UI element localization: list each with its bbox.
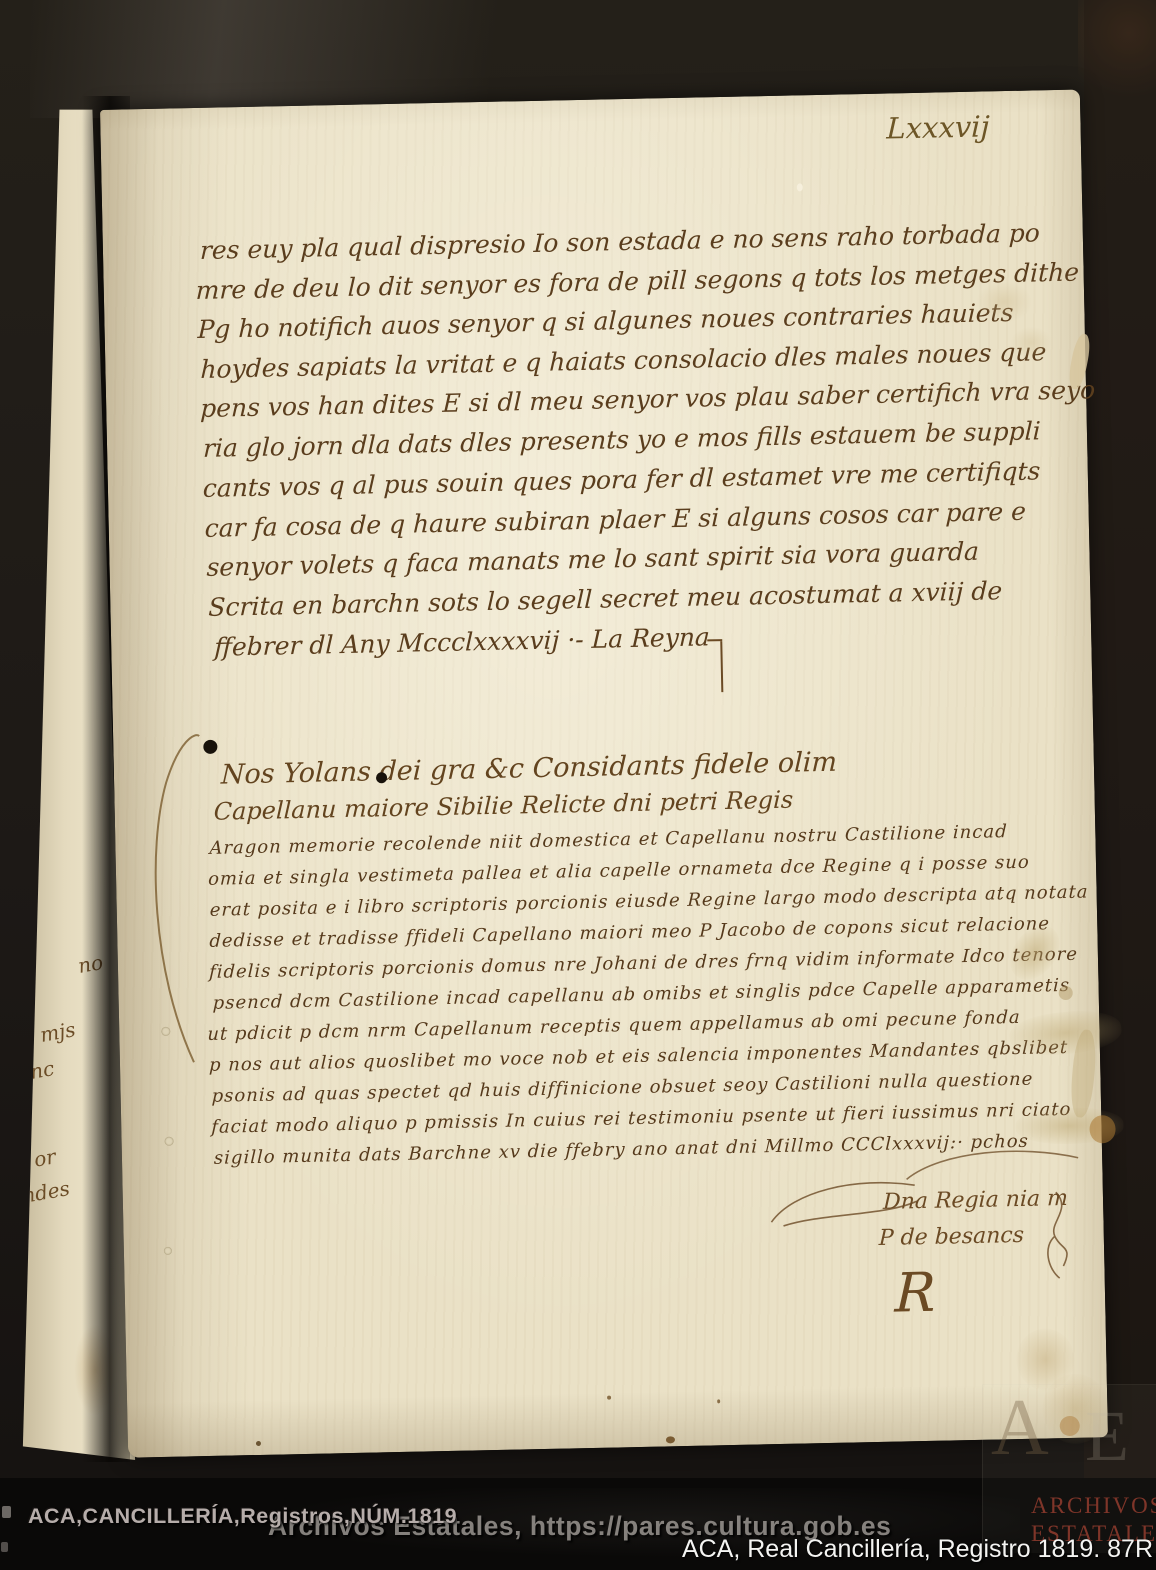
manuscript-line: res euy pla qual dispresio Io son estada…: [200, 218, 1041, 265]
manuscript-line: car fa cosa de q haure subiran plaer E s…: [204, 497, 1026, 543]
paper-speck: [256, 1441, 261, 1446]
edge-artifact: [1, 1542, 8, 1552]
manuscript-line: Scrita en barchn sots lo segell secret m…: [208, 576, 1003, 622]
signature-line: P de besancs: [878, 1223, 1024, 1251]
image-caption: ACA, Real Cancillería, Registro 1819. 87…: [682, 1535, 1153, 1564]
archive-reference-overlay: ACA,CANCILLERÍA,Registros,NÚM.1819: [28, 1504, 457, 1529]
manuscript-heading-line: Nos Yolans dei gra &c Considants fidele …: [220, 747, 837, 791]
paper-speck: [717, 1399, 720, 1403]
signature-flourish: [902, 1142, 1083, 1186]
stain: [1059, 986, 1073, 1000]
line-end-flourish: [705, 637, 728, 695]
manuscript-line: ffebrer dl Any Mccclxxxxvij ·- La Reyna: [214, 622, 710, 661]
manuscript-page: Lxxxvij res euy pla qual dispresio Io so…: [100, 89, 1108, 1457]
paper-speck: [797, 183, 803, 191]
manuscript-line: omia et singla vestimeta pallea et alia …: [208, 852, 1030, 890]
stain: [976, 281, 1033, 324]
logo-letter-e: E: [1085, 1395, 1129, 1478]
logo-letter-a: A: [991, 1383, 1049, 1474]
archivos-estatales-logo-watermark: A E ARCHIVOS ESTATALES: [982, 1384, 1156, 1553]
manuscript-line: mre de deu lo dit senyor es fora de pill…: [195, 258, 1079, 306]
manuscript-line: hoydes sapiats la vritat e q haiats cons…: [200, 337, 1047, 384]
logo-word-archivos: ARCHIVOS: [1031, 1493, 1156, 1519]
edge-artifact: [2, 1506, 11, 1518]
manuscript-line: cants vos q al pus souin ques pora fer d…: [202, 456, 1040, 503]
folio-number: Lxxxvij: [886, 109, 990, 145]
facing-page-text-fragment: ndes: [20, 1176, 71, 1208]
manuscript-line: senyor volets q faca manats me lo sant s…: [206, 537, 979, 582]
binding-hole: [165, 1137, 174, 1146]
ink-blot: [203, 740, 217, 754]
facing-page-text-fragment: or: [32, 1144, 57, 1171]
royal-paraph-mark: R: [894, 1261, 937, 1325]
manuscript-heading-line: Capellanu maiore Sibilie Relicte dni pet…: [213, 786, 793, 826]
manuscript-line: pens vos han dites E si dl meu senyor vo…: [200, 375, 1096, 423]
manuscript-line: Pg ho notifich auos senyor q si algunes …: [197, 298, 1014, 344]
paragraph-bracket-flourish: [149, 730, 212, 1069]
manuscript-line: ut pdicit p dcm nrm Capellanum receptis …: [207, 1007, 1021, 1045]
manuscript-line: ria glo jorn dla dats dles presents yo e…: [203, 416, 1041, 463]
signature-flourish: [1028, 1188, 1076, 1287]
manuscript-line: Aragon memorie recolende niit domestica …: [209, 821, 1008, 859]
paper-speck: [666, 1436, 675, 1443]
photographed-manuscript-scan: no mjs nc or ndes Lxxxvij res euy pla qu…: [0, 0, 1156, 1570]
facing-page-text-fragment: nc: [28, 1056, 56, 1084]
manuscript-line: psonis ad quas spectet qd huis diffinici…: [211, 1069, 1033, 1107]
paper-speck: [607, 1396, 611, 1400]
facing-page-text-fragment: mjs: [38, 1017, 77, 1047]
binding-hole: [164, 1247, 172, 1255]
